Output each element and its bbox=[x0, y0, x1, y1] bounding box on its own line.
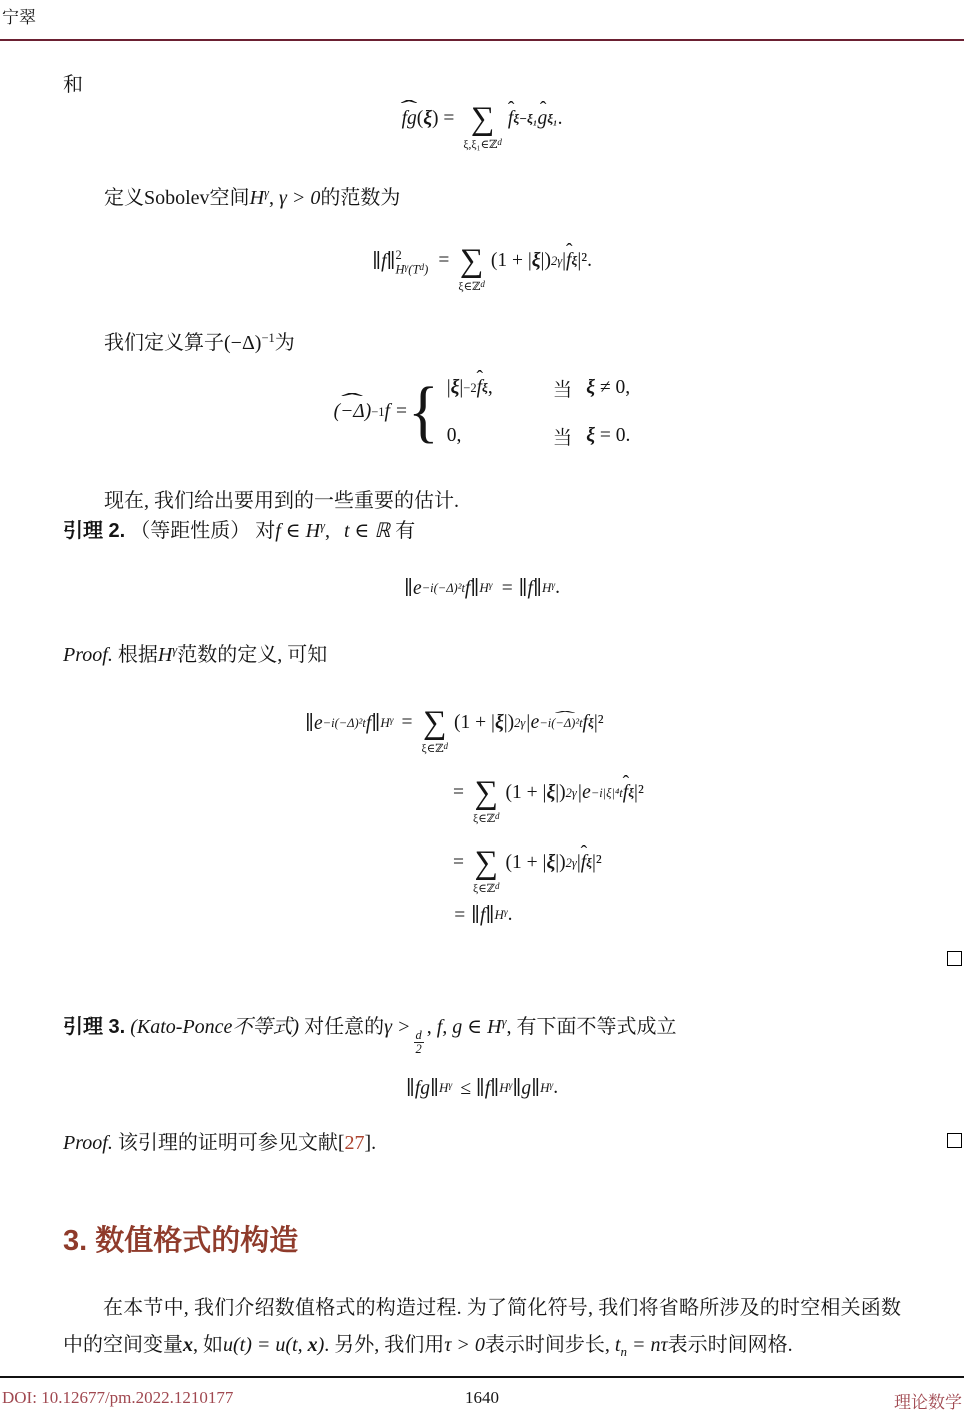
text-run: , 有下面不等式成立 bbox=[507, 1016, 677, 1038]
math-run: . bbox=[553, 1077, 558, 1099]
footer-rule bbox=[0, 1376, 964, 1378]
sum-limits: ξ,ξ₁∈ℤd bbox=[463, 138, 502, 152]
sum-limits-text: ξ∈ℤ bbox=[458, 281, 480, 293]
math-run: ∥e bbox=[404, 576, 422, 600]
sum-limits-exp: d bbox=[497, 137, 502, 147]
lemma-3: 引理 3. (Kato-Ponce不等式) 对任意的γ >d2, f, g ∈ … bbox=[63, 1012, 677, 1056]
math-run: |) bbox=[541, 250, 551, 272]
lemma-title: (Kato-Ponce不等式) bbox=[130, 1016, 299, 1038]
sum-operator: ∑ ξ∈ℤd bbox=[458, 247, 485, 294]
superscript: −1 bbox=[261, 331, 274, 345]
citation-27-link[interactable]: 27 bbox=[345, 1132, 365, 1154]
math-run: . bbox=[558, 108, 563, 130]
math-run: ≤ ∥f∥ bbox=[460, 1076, 499, 1100]
math-run: t ∈ ℝ bbox=[344, 520, 390, 542]
equals: = bbox=[453, 782, 464, 804]
sub-H: H bbox=[479, 580, 488, 595]
sub-gamma: γ bbox=[489, 581, 493, 591]
math-run: = ∥f∥ bbox=[501, 576, 542, 600]
equation-inverse-laplacian: (−Δ)−1f = { |ξ|−2fξ, 当ξ ≠ 0, 0, 当ξ = 0. bbox=[63, 374, 901, 450]
text-run: ]. bbox=[365, 1132, 377, 1154]
math-run: (1 + | bbox=[491, 250, 532, 272]
sub-gamma: γ bbox=[390, 716, 394, 726]
math-run: = 0. bbox=[600, 425, 631, 447]
math-run: , bbox=[488, 377, 493, 399]
text-run: 该引理的证明可参见文献[ bbox=[118, 1132, 345, 1154]
math-run: |². bbox=[577, 250, 592, 272]
math-run: ξ bbox=[532, 250, 541, 272]
cases-grid: |ξ|−2fξ, 当ξ ≠ 0, 0, 当ξ = 0. bbox=[447, 374, 631, 450]
sub-torus: (T bbox=[408, 263, 419, 277]
math-run: ξ bbox=[586, 425, 595, 447]
left-brace: { bbox=[408, 384, 439, 439]
text-run: , bbox=[325, 520, 330, 542]
equation-proof-derivation: ∥e−i(−Δ)²tf∥Hγ = ∑ξ∈ℤd (1 + |ξ|)2γ|e−i(−… bbox=[305, 688, 644, 932]
derivation-row-1: ∥e−i(−Δ)²tf∥Hγ = ∑ξ∈ℤd (1 + |ξ|)2γ|e−i(−… bbox=[305, 688, 644, 758]
sub-H: H bbox=[494, 907, 503, 922]
text-run: 的范数为 bbox=[320, 187, 400, 209]
sum-limits-text: ξ∈ℤ bbox=[473, 813, 495, 825]
superscript: −i(−Δ)²t bbox=[422, 581, 465, 596]
superscript: −i(−Δ)²t bbox=[323, 716, 366, 731]
exp-2: 2 bbox=[396, 249, 402, 263]
sigma: ∑ bbox=[423, 709, 447, 737]
equation-norm-def: ∥f∥ 2 Hγ(Td) = ∑ ξ∈ℤd (1 + |ξ|)2γ|fξ|². bbox=[63, 238, 901, 285]
math-run: x bbox=[183, 1334, 193, 1356]
sub-H: H bbox=[542, 580, 551, 595]
sigma: ∑ bbox=[475, 849, 499, 877]
math-run: f, g ∈ H bbox=[437, 1016, 502, 1038]
norm-sub: Hγ bbox=[542, 580, 555, 596]
math-run: ξ bbox=[423, 108, 432, 130]
text-run: 我们定义算子 bbox=[104, 332, 224, 354]
norm-sub: Hγ bbox=[439, 1080, 452, 1096]
math-run: τ > 0 bbox=[444, 1334, 485, 1356]
text-run: . 另外, 我们用 bbox=[324, 1334, 444, 1356]
equation-kato-ponce: ∥fg∥Hγ ≤ ∥f∥Hγ∥g∥Hγ. bbox=[63, 1076, 901, 1100]
math-run: ξ bbox=[451, 377, 460, 399]
math-run: H bbox=[250, 187, 264, 209]
sum-limits-text: ξ,ξ₁∈ℤ bbox=[463, 139, 497, 151]
equals: = bbox=[438, 250, 449, 272]
math-run: x bbox=[308, 1334, 318, 1356]
math-run: f∥ bbox=[366, 711, 380, 735]
superscript-hat: −i(−Δ)²t bbox=[539, 716, 582, 731]
math-run: |) bbox=[504, 712, 514, 734]
math-run: ∥fg∥ bbox=[406, 1076, 439, 1100]
sum-limits-exp: d bbox=[495, 811, 500, 821]
sum-limits-text: ξ∈ℤ bbox=[473, 883, 495, 895]
section-3-paragraph: 在本节中, 我们介绍数值格式的构造过程. 为了简化符号, 我们将省略所涉及的时空… bbox=[63, 1290, 901, 1370]
proof-2: Proof. 该引理的证明可参见文献[27]. bbox=[63, 1128, 376, 1158]
text-run: 当 bbox=[553, 422, 573, 450]
math-run: ∥g∥ bbox=[512, 1076, 540, 1100]
math-run: ξ bbox=[495, 712, 504, 734]
sub-H: H bbox=[396, 263, 405, 277]
f-hat: f bbox=[581, 852, 586, 874]
lemma-2: 引理 2. （等距性质） 对f ∈ Hγ,t ∈ ℝ 有 bbox=[63, 516, 415, 546]
math-run: |) bbox=[555, 852, 565, 874]
subscript: ξ−ξ₁ bbox=[513, 111, 537, 127]
paragraph-now: 现在, 我们给出要用到的一些重要的估计. bbox=[104, 486, 459, 516]
sub-gamma: γ bbox=[448, 1081, 452, 1091]
fraction-d-2: d2 bbox=[414, 1029, 424, 1056]
sum-limits-exp: d bbox=[444, 741, 449, 751]
sub-H: H bbox=[380, 715, 389, 730]
section-3-heading: 3. 数值格式的构造 bbox=[63, 1218, 298, 1259]
lemma-label: 引理 3. bbox=[63, 1016, 125, 1038]
norm-sub: Hγ bbox=[479, 580, 492, 596]
text-run: 有 bbox=[395, 520, 415, 542]
norm-sub: Hγ bbox=[494, 907, 507, 923]
footer-journal-name: 理论数学 bbox=[894, 1388, 962, 1413]
text-run: , bbox=[427, 1016, 432, 1038]
subscript: ξ₁ bbox=[547, 111, 557, 127]
sub-close: ) bbox=[424, 263, 428, 277]
text-run: 范数的定义, 可知 bbox=[177, 644, 327, 666]
sum-operator: ∑ξ∈ℤd bbox=[473, 779, 500, 826]
text-run: 对 bbox=[255, 520, 275, 542]
math-run: |² bbox=[634, 782, 644, 804]
sum-limits-exp: d bbox=[480, 279, 485, 289]
math-run: . bbox=[508, 904, 513, 926]
widehat-laplacian: (−Δ) bbox=[334, 401, 372, 423]
superscript: −i|ξ|⁴t bbox=[591, 786, 623, 801]
proof-label: Proof. bbox=[63, 1132, 113, 1154]
text-run: , 如 bbox=[193, 1334, 223, 1356]
sigma: ∑ bbox=[471, 105, 495, 133]
qed-square bbox=[947, 951, 962, 966]
cases-construct: { |ξ|−2fξ, 当ξ ≠ 0, 0, 当ξ = 0. bbox=[408, 374, 630, 450]
superscript: 2γ bbox=[566, 856, 577, 871]
lemma-label: 引理 2. bbox=[63, 520, 125, 542]
norm-f: ∥f∥ bbox=[372, 249, 395, 273]
f-hat: f bbox=[623, 782, 628, 804]
case-value-1: |ξ|−2fξ, bbox=[447, 374, 493, 402]
sigma: ∑ bbox=[475, 779, 499, 807]
numerator: d bbox=[416, 1029, 422, 1042]
math-run: (1 + | bbox=[454, 712, 495, 734]
sum-operator: ∑ ξ,ξ₁∈ℤd bbox=[463, 105, 502, 152]
superscript: 2γ bbox=[566, 786, 577, 801]
math-run: ξ bbox=[586, 377, 595, 399]
math-run: f ∈ H bbox=[275, 520, 320, 542]
sum-operator: ∑ξ∈ℤd bbox=[473, 849, 500, 896]
f-hat: f bbox=[508, 108, 513, 130]
derivation-row-3: = ∑ξ∈ℤd (1 + |ξ|)2γ|fξ|² bbox=[305, 828, 644, 898]
math-run: ∥e bbox=[305, 711, 323, 735]
math-run: = ∥f∥ bbox=[453, 903, 494, 927]
header-rule bbox=[0, 39, 964, 41]
sum-limits-exp: d bbox=[495, 881, 500, 891]
superscript: 2γ bbox=[514, 716, 525, 731]
sub-H: H bbox=[540, 1080, 549, 1095]
running-head-author: 宁翠 bbox=[2, 3, 36, 28]
math-run: γ > 0 bbox=[279, 187, 320, 209]
denominator: 2 bbox=[414, 1042, 424, 1056]
sum-limits: ξ∈ℤd bbox=[473, 812, 500, 826]
widehat-exp: i(−Δ)²t bbox=[548, 716, 583, 731]
equals: = bbox=[401, 712, 412, 734]
math-run: f∥ bbox=[465, 576, 479, 600]
case-cond-1: 当ξ ≠ 0, bbox=[553, 374, 631, 402]
text-run: 为 bbox=[275, 332, 295, 354]
math-run: 0, bbox=[447, 425, 462, 447]
sigma: ∑ bbox=[460, 247, 484, 275]
sub-H: H bbox=[499, 1080, 508, 1095]
math-run: = nτ bbox=[627, 1334, 668, 1356]
math-run: ξ bbox=[546, 852, 555, 874]
math-run: ξ bbox=[546, 782, 555, 804]
text-run: 当 bbox=[553, 374, 573, 402]
math-run: (−Δ) bbox=[224, 332, 261, 354]
math-run: |e bbox=[577, 782, 591, 804]
sum-operator: ∑ξ∈ℤd bbox=[421, 709, 448, 756]
math-run: γ > bbox=[384, 1016, 410, 1038]
proof-label: Proof. bbox=[63, 644, 113, 666]
text-run: 对任意的 bbox=[304, 1016, 384, 1038]
g-hat: g bbox=[537, 108, 547, 130]
math-run: |) bbox=[555, 782, 565, 804]
sum-limits-text: ξ∈ℤ bbox=[421, 743, 443, 755]
equation-isometry: ∥e−i(−Δ)²tf∥Hγ = ∥f∥Hγ. bbox=[63, 576, 901, 600]
math-run: |e bbox=[525, 712, 539, 734]
math-run: (1 + | bbox=[506, 782, 547, 804]
text-run: , bbox=[269, 187, 274, 209]
math-run: u(t) = u(t, bbox=[223, 1334, 308, 1356]
widehat-fg: fg bbox=[402, 108, 417, 130]
equation-convolution: fg(ξ) = ∑ ξ,ξ₁∈ℤd fξ−ξ₁gξ₁. bbox=[63, 96, 901, 143]
footer-page-number: 1640 bbox=[63, 1388, 901, 1408]
lemma-title: （等距性质） bbox=[130, 520, 250, 542]
text-run: 根据 bbox=[118, 644, 158, 666]
f-hat: f bbox=[477, 377, 482, 399]
math-run: H bbox=[158, 644, 172, 666]
qed-square bbox=[947, 1133, 962, 1148]
norm-space: Hγ(Td) bbox=[396, 263, 429, 277]
norm-sub: Hγ bbox=[499, 1080, 512, 1096]
paragraph-operator: 我们定义算子(−Δ)−1为 bbox=[104, 328, 295, 358]
derivation-row-2: = ∑ξ∈ℤd (1 + |ξ|)2γ|e−i|ξ|⁴tfξ|² bbox=[305, 758, 644, 828]
math-run: − bbox=[539, 716, 547, 730]
f-hat: f bbox=[566, 250, 571, 272]
text-run: 表示时间网格. bbox=[668, 1334, 793, 1356]
proof-1-intro: Proof. 根据Hγ范数的定义, 可知 bbox=[63, 640, 327, 670]
equals: = bbox=[453, 852, 464, 874]
math-run: (1 + | bbox=[506, 852, 547, 874]
text-run: 定义Sobolev空间 bbox=[104, 187, 250, 209]
sum-limits: ξ∈ℤd bbox=[421, 742, 448, 756]
sum-limits: ξ∈ℤd bbox=[458, 280, 485, 294]
paper-page: 宁翠 和 fg(ξ) = ∑ ξ,ξ₁∈ℤd fξ−ξ₁gξ₁. 定义Sobol… bbox=[0, 0, 964, 1414]
math-run: ) = bbox=[432, 108, 454, 130]
case-cond-2: 当ξ = 0. bbox=[553, 422, 631, 450]
norm-sub: Hγ bbox=[380, 715, 393, 731]
norm-sub: Hγ bbox=[540, 1080, 553, 1096]
math-run: . bbox=[555, 577, 560, 599]
superscript: 2γ bbox=[551, 254, 562, 269]
supsub-stack: 2 Hγ(Td) bbox=[396, 249, 429, 277]
superscript: −1 bbox=[371, 405, 384, 420]
superscript: −2 bbox=[463, 381, 476, 396]
sum-limits: ξ∈ℤd bbox=[473, 882, 500, 896]
text-run: 表示时间步长, bbox=[485, 1334, 615, 1356]
paragraph-sobolev: 定义Sobolev空间Hγ, γ > 0的范数为 bbox=[104, 183, 400, 213]
math-run: ≠ 0, bbox=[600, 377, 630, 399]
math-run: f = bbox=[385, 401, 408, 423]
case-value-2: 0, bbox=[447, 422, 493, 450]
derivation-row-4: = ∥f∥Hγ. bbox=[305, 898, 644, 932]
math-run: |² bbox=[592, 852, 602, 874]
math-run: |² bbox=[594, 712, 604, 734]
